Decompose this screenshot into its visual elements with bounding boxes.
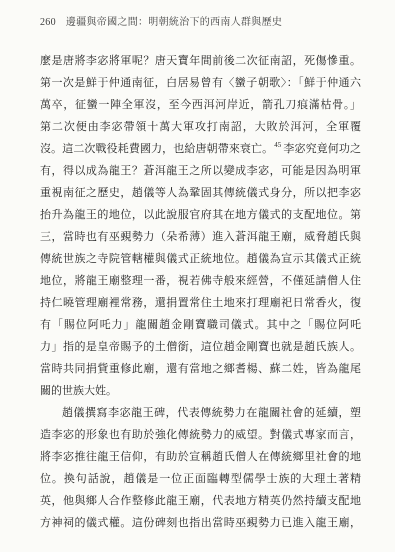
text-line: 第二次便由李宓帶領十萬大軍攻打南詔，大敗於洱河，全軍覆: [40, 116, 361, 138]
text-line: 地位，將龍王廟整理一番，視若佛寺般來經營，不僅延請僧人住: [40, 270, 361, 292]
paragraph-2: 趙儀撰寫李宓龍王碑，代表傳統勢力在龍關社會的延續，塑 造李宓的形象也有助於強化傳…: [40, 402, 361, 534]
text-segment: 李宓究竟何功之: [283, 143, 361, 155]
text-line: 當時共同捐貲重修此廟，還有當地之鄉耆楊、蘇二姓，皆為龍尾: [40, 358, 361, 380]
text-line: 抬升為龍王的地位，以此說服官府其在地方儀式的支配地位。第: [40, 204, 361, 226]
text-line: 傳統世族之寺院管轄權與儀式正統地位。趙儀為宣示其儀式正統: [40, 248, 361, 270]
text-line: 持仁曉管理廟裡常務，還捐置常住土地來打理廟祀日常香火，復: [40, 292, 361, 314]
text-line: 有「賜位阿吒力」龍關趙金剛寶職司儀式。其中之「賜位阿吒: [40, 314, 361, 336]
book-page: 260邊疆與帝國之間：明朝統治下的西南人群與歷史 麼是唐將李宓將軍呢？唐天寶年間…: [0, 0, 395, 552]
paragraph-1: 麼是唐將李宓將軍呢？唐天寶年間前後二次征南詔，死傷慘重。 第一次是鮮于仲通南征，…: [40, 50, 361, 402]
text-line: 位。換句話說，趙儀是一位正面臨轉型儒學士族的大理土著精: [40, 468, 361, 490]
text-segment: 沒。這二次戰役耗費國力，也給唐朝帶來衰亡。: [40, 143, 273, 155]
text-line: 英，他與鄉人合作整修此龍王廟，代表地方精英仍然持續支配地: [40, 490, 361, 512]
text-line: 造李宓的形象也有助於強化傳統勢力的威望。對儀式專家而言，: [40, 424, 361, 446]
running-head: 260邊疆與帝國之間：明朝統治下的西南人群與歷史: [40, 13, 365, 28]
text-line: 第一次是鮮于仲通南征，白居易曾有〈蠻子朝歌〉：「鮮于仲通六: [40, 72, 361, 94]
text-line: 方神祠的儀式權。這份碑刻也指出當時巫覡勢力已進入龍王廟，: [40, 512, 361, 534]
text-line: 將李宓推往龍王信仰，有助於宣稱趙氏僧人在傳統鄉里社會的地: [40, 446, 361, 468]
text-line-with-footnote: 沒。這二次戰役耗費國力，也給唐朝帶來衰亡。45李宓究竟何功之: [40, 138, 361, 160]
text-line: 趙儀撰寫李宓龍王碑，代表傳統勢力在龍關社會的延續，塑: [40, 402, 361, 424]
text-line: 三，當時也有巫覡勢力（朵希薄）進入蒼洱龍王廟，威脅趙氏與: [40, 226, 361, 248]
body-text: 麼是唐將李宓將軍呢？唐天寶年間前後二次征南詔，死傷慘重。 第一次是鮮于仲通南征，…: [40, 50, 361, 534]
text-line: 重視南征之歷史，趙儀等人為鞏固其傳統儀式身分，所以把李宓: [40, 182, 361, 204]
page-number: 260: [40, 17, 56, 28]
text-line: 關的世族大姓。: [40, 380, 361, 402]
text-line: 有，得以成為龍王？蒼洱龍王之所以變成李宓，可能是因為明軍: [40, 160, 361, 182]
footnote-ref-45: 45: [274, 141, 281, 149]
text-line: 力」指的是皇帝賜予的土僧銜，這位趙金剛寶也就是趙氏族人。: [40, 336, 361, 358]
text-line: 萬卒，征蠻一陣全軍沒，至今西洱河岸近，箭孔刀痕滿枯骨。」: [40, 94, 361, 116]
running-title: 邊疆與帝國之間：明朝統治下的西南人群與歷史: [66, 17, 282, 28]
text-line: 麼是唐將李宓將軍呢？唐天寶年間前後二次征南詔，死傷慘重。: [40, 50, 361, 72]
